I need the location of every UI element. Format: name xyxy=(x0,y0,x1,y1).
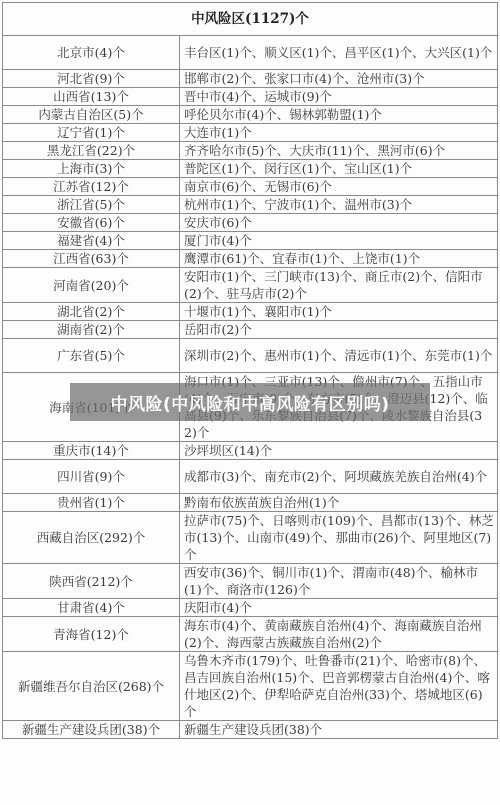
region-cell: 河北省(9)个 xyxy=(3,70,180,88)
table-row: 上海市(3)个普陀区(1)个、闵行区(1)个、宝山区(1)个 xyxy=(3,160,498,178)
region-cell: 重庆市(14)个 xyxy=(3,442,180,460)
region-cell: 湖南省(2)个 xyxy=(3,321,180,339)
detail-cell: 乌鲁木齐市(179)个、吐鲁番市(21)个、哈密市(8)个、昌吉回族自治州(15… xyxy=(180,652,498,721)
table-row: 浙江省(5)个杭州市(1)个、宁波市(1)个、温州市(3)个 xyxy=(3,196,498,214)
region-cell: 湖北省(2)个 xyxy=(3,303,180,321)
medium-risk-table: 中风险区(1127)个 北京市(4)个丰台区(1)个、顺义区(1)个、昌平区(1… xyxy=(2,2,498,739)
detail-cell: 晋中市(4)个、运城市(9)个 xyxy=(180,88,498,106)
table-row: 青海省(12)个海东市(4)个、黄南藏族自治州(4)个、海南藏族自治州(2)个、… xyxy=(3,617,498,652)
caption-text: 中风险(中风险和中高风险有区别吗) xyxy=(110,390,389,415)
detail-cell: 厦门市(4)个 xyxy=(180,232,498,250)
region-cell: 浙江省(5)个 xyxy=(3,196,180,214)
table-row: 福建省(4)个厦门市(4)个 xyxy=(3,232,498,250)
table-row: 河北省(9)个邯郸市(2)个、张家口市(4)个、沧州市(3)个 xyxy=(3,70,498,88)
table-row: 安徽省(6)个安庆市(6)个 xyxy=(3,214,498,232)
region-cell: 贵州省(1)个 xyxy=(3,494,180,512)
region-cell: 青海省(12)个 xyxy=(3,617,180,652)
table-row: 黑龙江省(22)个齐齐哈尔市(5)个、大庆市(11)个、黑河市(6)个 xyxy=(3,142,498,160)
region-cell: 安徽省(6)个 xyxy=(3,214,180,232)
table-row: 新疆生产建设兵团(38)个新疆生产建设兵团(38)个 xyxy=(3,721,498,739)
detail-cell: 安阳市(1)个、三门峡市(13)个、商丘市(2)个、信阳市(2)个、驻马店市(2… xyxy=(180,268,498,303)
table-row: 山西省(13)个晋中市(4)个、运城市(9)个 xyxy=(3,88,498,106)
detail-cell: 深圳市(2)个、惠州市(1)个、清远市(1)个、东莞市(1)个 xyxy=(180,339,498,373)
table-row: 辽宁省(1)个大连市(1)个 xyxy=(3,124,498,142)
region-cell: 福建省(4)个 xyxy=(3,232,180,250)
region-cell: 北京市(4)个 xyxy=(3,36,180,70)
detail-cell: 齐齐哈尔市(5)个、大庆市(11)个、黑河市(6)个 xyxy=(180,142,498,160)
region-cell: 山西省(13)个 xyxy=(3,88,180,106)
region-cell: 黑龙江省(22)个 xyxy=(3,142,180,160)
detail-cell: 西安市(36)个、铜川市(1)个、渭南市(48)个、榆林市(1)个、商洛市(12… xyxy=(180,564,498,599)
detail-cell: 大连市(1)个 xyxy=(180,124,498,142)
table-row: 湖北省(2)个十堰市(1)个、襄阳市(1)个 xyxy=(3,303,498,321)
table-row: 河南省(20)个安阳市(1)个、三门峡市(13)个、商丘市(2)个、信阳市(2)… xyxy=(3,268,498,303)
detail-cell: 普陀区(1)个、闵行区(1)个、宝山区(1)个 xyxy=(180,160,498,178)
region-cell: 河南省(20)个 xyxy=(3,268,180,303)
detail-cell: 拉萨市(75)个、日喀则市(109)个、昌都市(13)个、林芝市(13)个、山南… xyxy=(180,512,498,564)
table-row: 贵州省(1)个黔南布依族苗族自治州(1)个 xyxy=(3,494,498,512)
table-title: 中风险区(1127)个 xyxy=(3,3,498,36)
detail-cell: 岳阳市(2)个 xyxy=(180,321,498,339)
table-row: 四川省(9)个成都市(3)个、南充市(2)个、阿坝藏族羌族自治州(4)个 xyxy=(3,460,498,494)
detail-cell: 黔南布依族苗族自治州(1)个 xyxy=(180,494,498,512)
document-image: 中风险区(1127)个 北京市(4)个丰台区(1)个、顺义区(1)个、昌平区(1… xyxy=(0,0,500,805)
region-cell: 陕西省(212)个 xyxy=(3,564,180,599)
detail-cell: 庆阳市(4)个 xyxy=(180,599,498,617)
detail-cell: 南京市(6)个、无锡市(6)个 xyxy=(180,178,498,196)
detail-cell: 丰台区(1)个、顺义区(1)个、昌平区(1)个、大兴区(1)个 xyxy=(180,36,498,70)
detail-cell: 杭州市(1)个、宁波市(1)个、温州市(3)个 xyxy=(180,196,498,214)
detail-cell: 沙坪坝区(14)个 xyxy=(180,442,498,460)
detail-cell: 安庆市(6)个 xyxy=(180,214,498,232)
region-cell: 西藏自治区(292)个 xyxy=(3,512,180,564)
table-row: 西藏自治区(292)个拉萨市(75)个、日喀则市(109)个、昌都市(13)个、… xyxy=(3,512,498,564)
table-row: 北京市(4)个丰台区(1)个、顺义区(1)个、昌平区(1)个、大兴区(1)个 xyxy=(3,36,498,70)
detail-cell: 十堰市(1)个、襄阳市(1)个 xyxy=(180,303,498,321)
region-cell: 内蒙古自治区(5)个 xyxy=(3,106,180,124)
detail-cell: 呼伦贝尔市(4)个、锡林郭勒盟(1)个 xyxy=(180,106,498,124)
detail-cell: 鹰潭市(61)个、宜春市(1)个、上饶市(1)个 xyxy=(180,250,498,268)
region-cell: 甘肃省(4)个 xyxy=(3,599,180,617)
region-cell: 新疆维吾尔自治区(268)个 xyxy=(3,652,180,721)
detail-cell: 新疆生产建设兵团(38)个 xyxy=(180,721,498,739)
table-row: 甘肃省(4)个庆阳市(4)个 xyxy=(3,599,498,617)
table-row: 重庆市(14)个沙坪坝区(14)个 xyxy=(3,442,498,460)
region-cell: 新疆生产建设兵团(38)个 xyxy=(3,721,180,739)
region-cell: 江西省(63)个 xyxy=(3,250,180,268)
table-row: 新疆维吾尔自治区(268)个乌鲁木齐市(179)个、吐鲁番市(21)个、哈密市(… xyxy=(3,652,498,721)
detail-cell: 邯郸市(2)个、张家口市(4)个、沧州市(3)个 xyxy=(180,70,498,88)
detail-cell: 成都市(3)个、南充市(2)个、阿坝藏族羌族自治州(4)个 xyxy=(180,460,498,494)
region-cell: 四川省(9)个 xyxy=(3,460,180,494)
detail-cell: 海东市(4)个、黄南藏族自治州(4)个、海南藏族自治州(2)个、海西蒙古族藏族自… xyxy=(180,617,498,652)
region-cell: 江苏省(12)个 xyxy=(3,178,180,196)
region-cell: 辽宁省(1)个 xyxy=(3,124,180,142)
region-cell: 上海市(3)个 xyxy=(3,160,180,178)
region-cell: 广东省(5)个 xyxy=(3,339,180,373)
table-row: 江苏省(12)个南京市(6)个、无锡市(6)个 xyxy=(3,178,498,196)
table-row: 内蒙古自治区(5)个呼伦贝尔市(4)个、锡林郭勒盟(1)个 xyxy=(3,106,498,124)
caption-overlay: 中风险(中风险和中高风险有区别吗) xyxy=(70,383,430,421)
table-row: 湖南省(2)个岳阳市(2)个 xyxy=(3,321,498,339)
table-row: 陕西省(212)个西安市(36)个、铜川市(1)个、渭南市(48)个、榆林市(1… xyxy=(3,564,498,599)
table-row: 江西省(63)个鹰潭市(61)个、宜春市(1)个、上饶市(1)个 xyxy=(3,250,498,268)
table-row: 广东省(5)个深圳市(2)个、惠州市(1)个、清远市(1)个、东莞市(1)个 xyxy=(3,339,498,373)
